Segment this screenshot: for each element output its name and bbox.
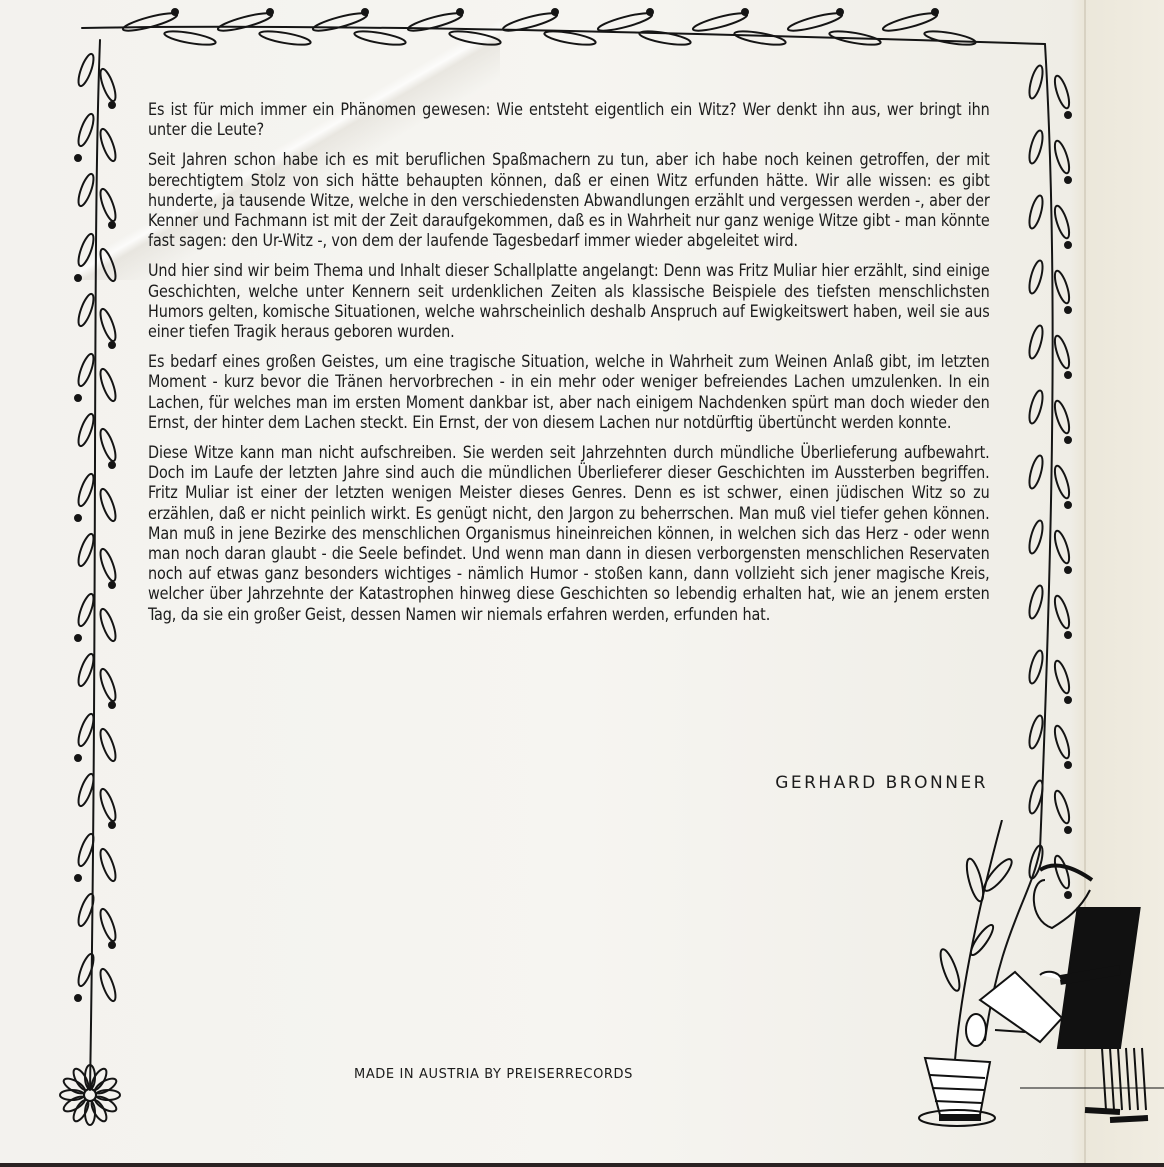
paragraph-4: Es bedarf eines großen Geistes, um eine … (148, 352, 990, 433)
liner-notes-body: Es ist für mich immer ein Phänomen gewes… (148, 100, 990, 635)
sleeve-bottom-edge (0, 1163, 1164, 1167)
author-signature: GERHARD BRONNER (775, 773, 988, 793)
paragraph-5: Diese Witze kann man nicht aufschreiben.… (148, 443, 990, 625)
man-watering-plant-illustration (880, 820, 1164, 1167)
paragraph-3: Und hier sind wir beim Thema und Inhalt … (148, 261, 990, 342)
paragraph-2: Seit Jahren schon habe ich es mit berufl… (148, 150, 990, 251)
label-credit: MADE IN AUSTRIA BY PREISERRECORDS (354, 1067, 633, 1082)
paragraph-1: Es ist für mich immer ein Phänomen gewes… (148, 100, 990, 140)
